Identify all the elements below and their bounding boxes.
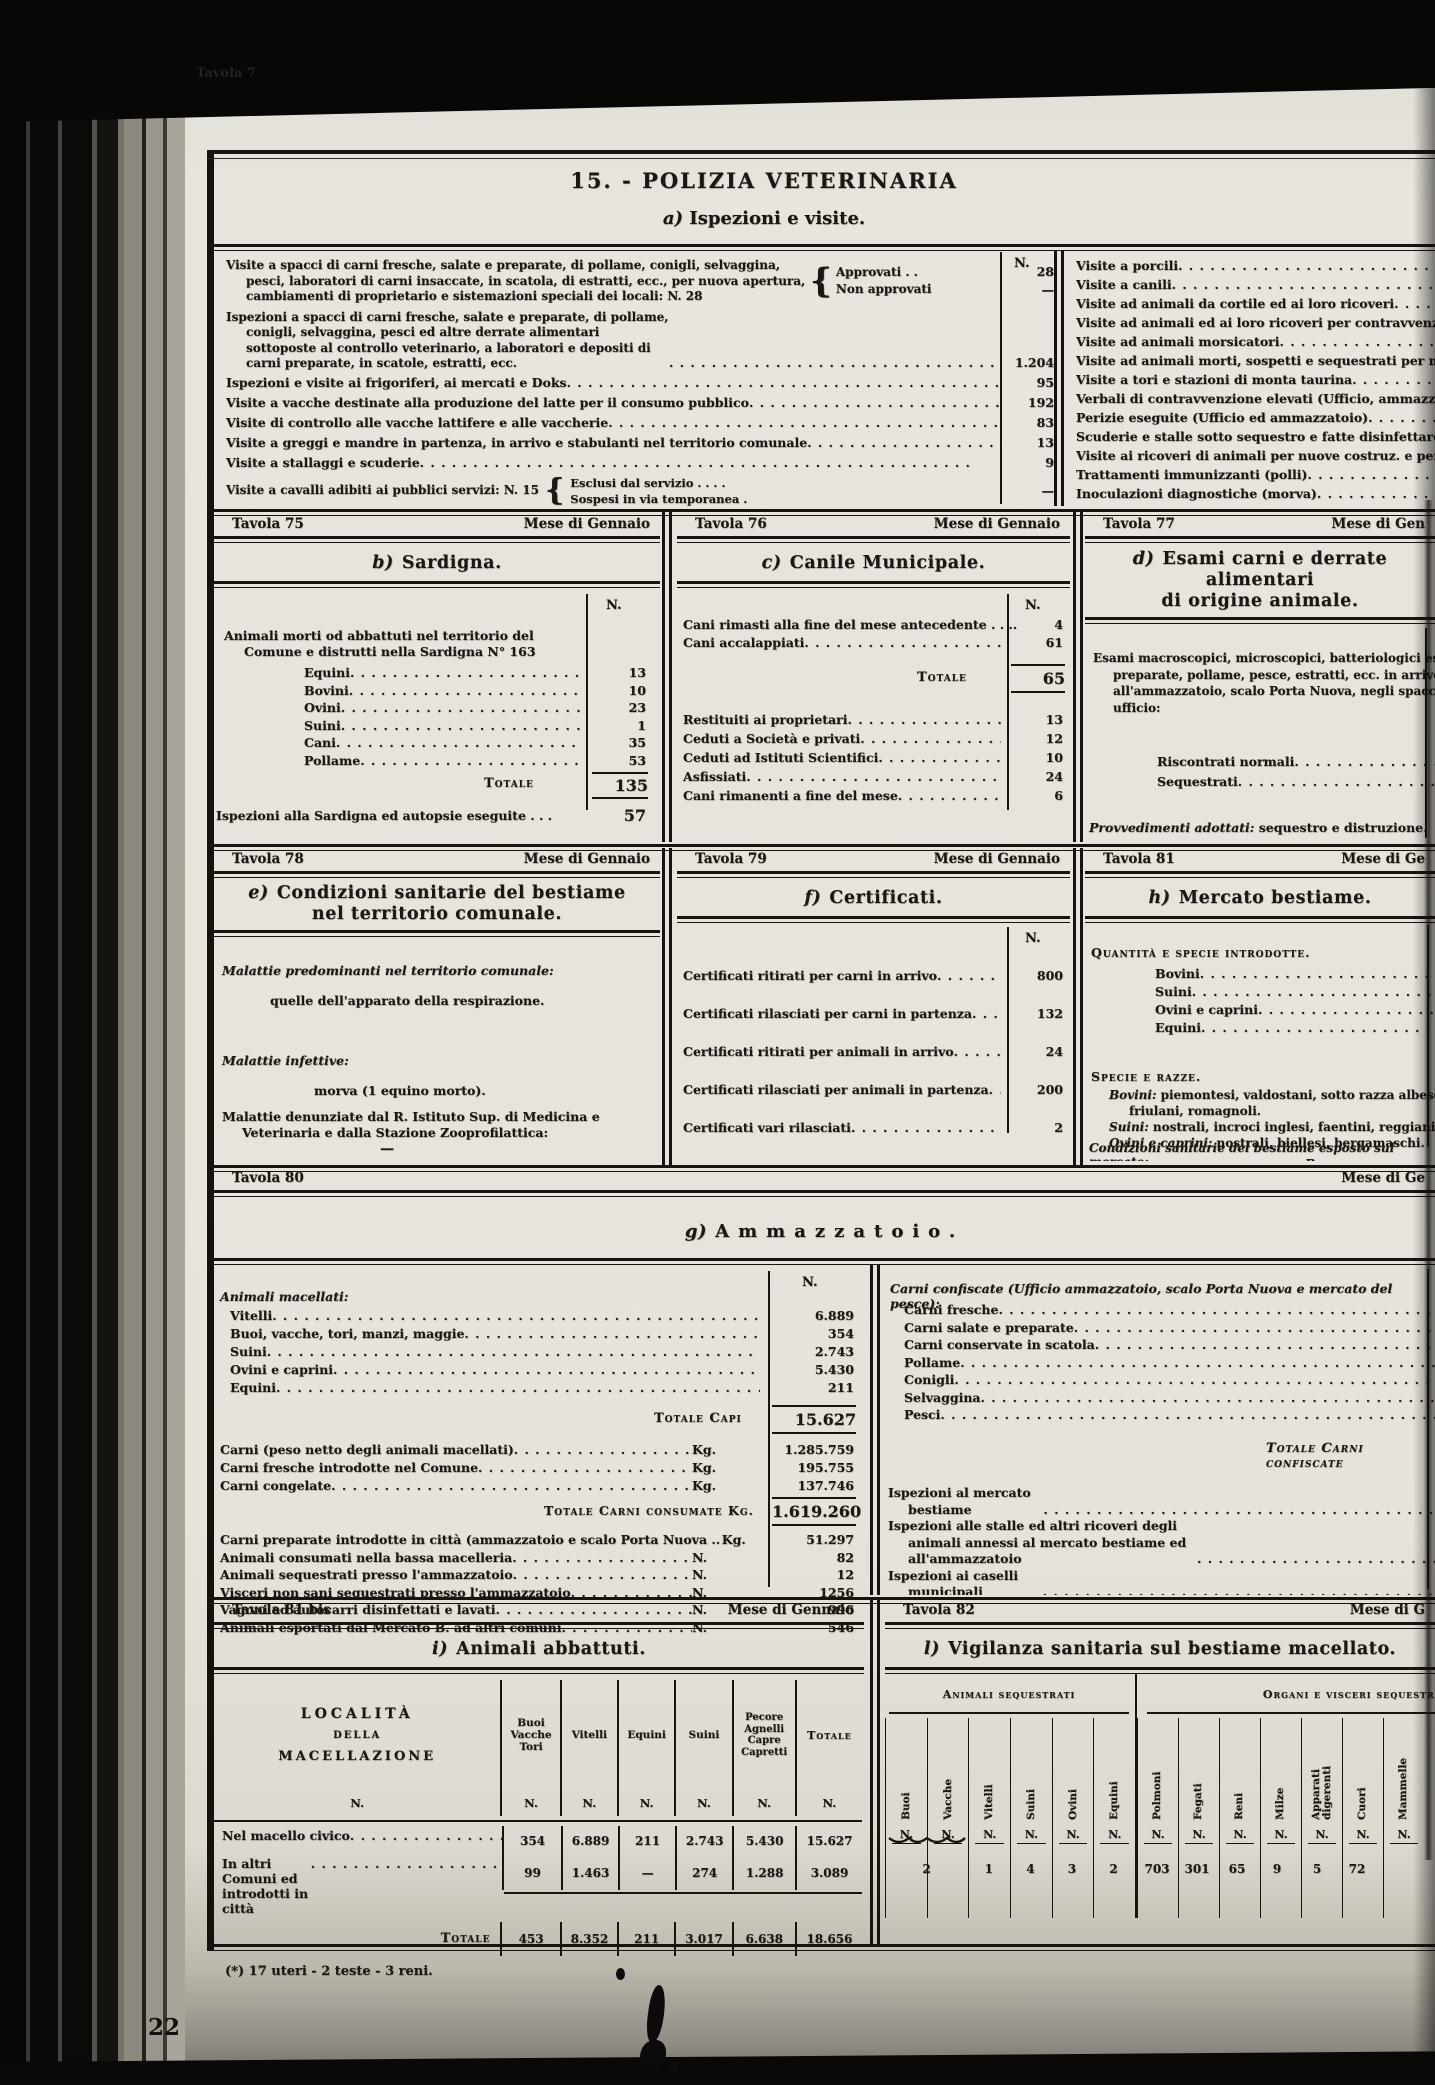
unit-cell: N. bbox=[500, 1790, 559, 1816]
inspection-item: Perizie eseguite (Ufficio ed ammazzatoio… bbox=[1076, 408, 1435, 427]
panel-rule bbox=[885, 1622, 1435, 1629]
mese-label: Mese di Gennaio bbox=[728, 1602, 854, 1618]
col-header: Buoi Vacche Tori bbox=[500, 1680, 559, 1790]
dot-leader bbox=[1043, 1502, 1435, 1519]
item-value: 1.204 bbox=[1002, 353, 1054, 372]
row-label: Suini bbox=[304, 717, 341, 735]
unit-cell: N. bbox=[795, 1790, 862, 1816]
localita-header: LOCALITÀ DELLA MACELLAZIONE bbox=[214, 1680, 500, 1790]
item-label: Visite a spacci di carni fresche, salate… bbox=[226, 258, 806, 305]
tavola-label: Tavola 81 bis bbox=[232, 1602, 331, 1618]
title-text: Ammazzatoio. bbox=[715, 1221, 964, 1242]
dot-leader bbox=[960, 1354, 1435, 1372]
header-underline bbox=[214, 1820, 862, 1822]
table-row: Asfissiati bbox=[683, 767, 1001, 786]
unit: N. bbox=[1144, 1828, 1172, 1844]
footer-label: Ispezioni alla Sardigna ed autopsie eseg… bbox=[216, 806, 552, 825]
table-row: Equini bbox=[304, 664, 582, 682]
unit: N. bbox=[1308, 1828, 1336, 1844]
group2-header: Organi e visceri sequestrati bbox=[1143, 1688, 1435, 1701]
title-line2: di origine animale. bbox=[1161, 591, 1358, 611]
row-unit: Kg. bbox=[692, 1459, 726, 1477]
localita-line1: LOCALITÀ bbox=[301, 1706, 414, 1722]
cell: 2.743 bbox=[675, 1826, 732, 1856]
confiscate-rows: Carni fresche Carni salate e preparate C… bbox=[904, 1301, 1435, 1424]
column: Reni N. bbox=[1219, 1718, 1260, 1918]
column-header-vertical: Reni bbox=[1234, 1724, 1245, 1820]
panel-title: g)Ammazzatoio. bbox=[214, 1221, 1435, 1242]
reported-diseases-label: Malattie denunziate dal R. Istituto Sup.… bbox=[222, 1109, 642, 1141]
table-row: Cani accalappiati bbox=[683, 634, 1001, 652]
dot-leader bbox=[1172, 275, 1435, 294]
tavola-81bis-panel: Tavola 81 bisMese di Gennaio i)Animali a… bbox=[214, 1602, 864, 1944]
totale-capi-label: Totale Capi bbox=[654, 1411, 742, 1426]
panel-rule bbox=[885, 1667, 1435, 1674]
column: Equini N. bbox=[1093, 1718, 1135, 1918]
scanned-ledger-page: 15. - POLIZIA VETERINARIA a) Ispezioni e… bbox=[0, 0, 1435, 2085]
value-span-buoi-vacche: 2 bbox=[885, 1862, 968, 1876]
reported-diseases-text: — bbox=[380, 1141, 394, 1157]
cell: 15.627 bbox=[795, 1826, 862, 1856]
value-column-rule bbox=[586, 594, 588, 810]
inspection-item: Verbali di contravvenzione elevati (Uffi… bbox=[1076, 389, 1435, 408]
item-value: — bbox=[1002, 481, 1054, 500]
dot-leader bbox=[878, 748, 1001, 767]
column-header-vertical: Vitelli bbox=[984, 1724, 995, 1820]
row-value: 13 bbox=[594, 664, 646, 682]
table-row: Ispezioni al mercato bestiame N. bbox=[888, 1485, 1435, 1518]
item-label: Ispezioni e visite ai frigoriferi, ai me… bbox=[226, 373, 567, 392]
dot-leader bbox=[331, 1477, 692, 1495]
organ-values-row: 703301659572 bbox=[1137, 1862, 1435, 1876]
row-label: Ovini bbox=[304, 699, 341, 717]
panel-body: Quantità e specie introdotte. Bovini Sui… bbox=[1085, 923, 1435, 1153]
row-label: Bovini bbox=[1155, 965, 1200, 983]
cell-value: 1.288 bbox=[746, 1866, 784, 1880]
row-label: Carni preparate introdotte in città (amm… bbox=[220, 1531, 716, 1549]
table-row: Suini bbox=[304, 717, 582, 735]
col-header-text: Vitelli bbox=[572, 1729, 607, 1741]
dot-leader bbox=[267, 1343, 760, 1361]
razza-breeds: nostrali, incroci inglesi, faentini, reg… bbox=[1153, 1120, 1435, 1134]
total-label: Totale bbox=[484, 776, 534, 791]
rowC-vsep-2 bbox=[1073, 848, 1083, 1168]
slaughter-left: N. Animali macellati: Vitelli Buoi, vacc… bbox=[214, 1265, 862, 1595]
unit-cell: N. bbox=[732, 1790, 795, 1816]
ink-smudge bbox=[616, 1968, 625, 1980]
item-label: Visite di controllo alle vacche lattifer… bbox=[226, 413, 608, 432]
table-row: Certificati ritirati per carni in arrivo bbox=[683, 957, 1001, 995]
panel-rule bbox=[677, 536, 1070, 543]
table-row: Sequestrati bbox=[1157, 772, 1435, 792]
page-number: 22 bbox=[148, 2014, 180, 2041]
certificate-rows: Certificati ritirati per carni in arrivo… bbox=[683, 957, 1001, 1147]
unit: N. bbox=[823, 1796, 837, 1810]
panel-title: f)Certificati. bbox=[677, 888, 1070, 908]
dot-leader bbox=[336, 734, 582, 752]
footnote: (*) 17 uteri - 2 teste - 3 reni. bbox=[225, 1964, 433, 1979]
inspection-item: Visite ai ricoveri di animali per nuove … bbox=[1076, 446, 1435, 465]
dot-leader bbox=[972, 995, 1001, 1033]
group1-header: Animali sequestrati bbox=[885, 1688, 1133, 1701]
ammazzatoio-body: N. Animali macellati: Vitelli Buoi, vacc… bbox=[214, 1265, 1435, 1595]
quantita-rows: Bovini Suini Ovini e caprini bbox=[1155, 965, 1435, 1037]
panel-title: b)Sardigna. bbox=[214, 553, 660, 573]
title-prefix: h) bbox=[1148, 888, 1170, 908]
brace-option-b: Sospesi in via temporanea . bbox=[570, 491, 747, 507]
footer-row: Ispezioni alla Sardigna ed autopsie eseg… bbox=[216, 806, 582, 825]
cell: 3.089 bbox=[795, 1856, 862, 1890]
row-value: 12 bbox=[1013, 729, 1063, 748]
table-row: Equini bbox=[230, 1379, 760, 1397]
row-value: 12 bbox=[772, 1566, 854, 1584]
dot-leader bbox=[851, 1109, 1001, 1147]
certificate-values: 800132242002 bbox=[1013, 957, 1063, 1147]
row-label: Asfissiati bbox=[683, 767, 746, 786]
inspection-item: Trattamenti immunizzanti (polli) bbox=[1076, 465, 1435, 484]
n-column-header: N. bbox=[1025, 598, 1041, 613]
column-header-vertical: Fegati bbox=[1193, 1724, 1204, 1820]
dot-leader bbox=[420, 453, 1002, 472]
row-label: Animali consumati nella bassa macelleria bbox=[220, 1549, 512, 1567]
n-column-header: N. bbox=[1025, 931, 1041, 946]
row-value: 51.297 bbox=[772, 1531, 854, 1549]
localita-line2: DELLA bbox=[333, 1730, 381, 1741]
value: 1 bbox=[968, 1862, 1010, 1876]
tavola-label: Tavola 79 bbox=[695, 851, 767, 867]
abbattuti-table: LOCALITÀ DELLA MACELLAZIONE Buoi Vacche … bbox=[214, 1674, 864, 1930]
value bbox=[1377, 1862, 1417, 1876]
row-label: Cani accalappiati bbox=[683, 634, 804, 652]
panel-rule bbox=[214, 1258, 1435, 1265]
panel-body: Esami macroscopici, microscopici, batter… bbox=[1085, 624, 1435, 838]
dot-leader bbox=[311, 1856, 502, 1871]
paper: 15. - POLIZIA VETERINARIA a) Ispezioni e… bbox=[185, 88, 1435, 2085]
row-value: 10 bbox=[594, 682, 646, 700]
column-header-vertical: Apparati digerenti bbox=[1311, 1724, 1333, 1820]
title-prefix: e) bbox=[248, 883, 269, 903]
row-value: 10 bbox=[1013, 748, 1063, 767]
item-label: Visite a greggi e mandre in partenza, in… bbox=[226, 433, 807, 452]
table-row: Suini bbox=[1155, 983, 1435, 1001]
table-row: Cani rimasti alla fine del mese antecede… bbox=[683, 616, 1001, 634]
column-header-vertical: Milze bbox=[1275, 1724, 1286, 1820]
table-row: Carni fresche bbox=[904, 1301, 1435, 1319]
row-value: 82 bbox=[772, 1549, 854, 1567]
cell: 5.430 bbox=[732, 1826, 795, 1856]
dot-leader bbox=[341, 717, 582, 735]
tavola-label: Tavola 75 bbox=[232, 516, 304, 532]
row-label: Carni fresche introdotte nel Comune bbox=[220, 1459, 478, 1477]
dogs-in-rows: Cani rimasti alla fine del mese antecede… bbox=[683, 616, 1001, 652]
footer-value: 57 bbox=[594, 806, 646, 825]
title-prefix: g) bbox=[685, 1221, 707, 1242]
table-row: Carni salate e preparate bbox=[904, 1319, 1435, 1337]
mid-rows: Ispezioni e visite ai frigoriferi, ai me… bbox=[226, 373, 1054, 472]
dot-leader bbox=[807, 433, 1002, 452]
quantita-label: Quantità e specie introdotte. bbox=[1091, 945, 1310, 960]
frame-top-rule bbox=[207, 150, 1435, 154]
panel-rule bbox=[214, 871, 660, 878]
dot-leader bbox=[749, 393, 1002, 412]
exam-rows: Riscontrati normali Sequestrati bbox=[1157, 752, 1435, 792]
frame-bottom-rule bbox=[207, 1944, 1435, 1951]
exams-paragraph: Esami macroscopici, microscopici, batter… bbox=[1093, 650, 1435, 716]
row-label: Ovini e caprini bbox=[230, 1361, 333, 1379]
table-row: Certificati ritirati per animali in arri… bbox=[683, 1033, 1001, 1071]
animal-columns: Buoi N. Vacche N. Vitelli N. bbox=[885, 1718, 1135, 1918]
row-label: Restituiti ai proprietari bbox=[683, 710, 847, 729]
table-row: Cani rimanenti a fine del mese bbox=[683, 786, 1001, 805]
totale-carni-label: Totale Carni consumate Kg. bbox=[544, 1503, 754, 1518]
infectious-diseases-text: morva (1 equino morto). bbox=[314, 1083, 486, 1098]
panel-rule bbox=[214, 1190, 1435, 1197]
condizioni-label: Condizioni sanitarie del bestiame espost… bbox=[1089, 1141, 1435, 1161]
panel-title: i)Animali abbattuti. bbox=[214, 1639, 864, 1659]
tavola-label: Tavola 82 bbox=[903, 1602, 975, 1618]
item-values: 28 — bbox=[1002, 263, 1054, 299]
row-label: Vitelli bbox=[230, 1307, 272, 1325]
row-value: 13 bbox=[1013, 710, 1063, 729]
unit: N. bbox=[1226, 1828, 1254, 1844]
value: 301 bbox=[1177, 1862, 1217, 1876]
note-label: Provvedimenti adottati: bbox=[1089, 820, 1254, 835]
cell-value: 5.430 bbox=[746, 1834, 784, 1848]
dot-leader bbox=[512, 1549, 692, 1567]
row-value: 24 bbox=[1013, 767, 1063, 786]
row-label: Carni fresche bbox=[904, 1301, 998, 1319]
row-label: Carni salate e preparate bbox=[904, 1319, 1074, 1337]
mese-label: Mese di Gen bbox=[1331, 516, 1425, 532]
row-label: Riscontrati normali bbox=[1157, 752, 1294, 772]
rowB-vsep-2 bbox=[1073, 512, 1083, 842]
dot-leader bbox=[998, 1301, 1435, 1319]
dot-leader bbox=[1238, 772, 1435, 792]
row-label: Carni (peso netto degli animali macellat… bbox=[220, 1441, 514, 1459]
row-value: 1 bbox=[594, 717, 646, 735]
value: 3 bbox=[1051, 1862, 1093, 1876]
title-line1: Esami carni e derrate alimentari bbox=[1163, 549, 1388, 590]
item-label: Visite a tori e stazioni di monta taurin… bbox=[1076, 370, 1352, 389]
tavola-76-panel: Tavola 76Mese di Gennaio c)Canile Munici… bbox=[677, 516, 1070, 838]
row-label: Certificati rilasciati per carni in part… bbox=[683, 995, 972, 1033]
column-header-vertical: Equini bbox=[1109, 1724, 1120, 1820]
table-row: Selvaggina bbox=[904, 1389, 1435, 1407]
value-non-approvati: — bbox=[1002, 281, 1054, 299]
table-row: Certificati rilasciati per animali in pa… bbox=[683, 1071, 1001, 1109]
previous-page-fragment: Tavola 7 bbox=[196, 66, 256, 81]
mese-label: Mese di Gennaio bbox=[524, 516, 650, 532]
column-header-vertical: Ovini bbox=[1068, 1724, 1079, 1820]
unit: N. bbox=[697, 1796, 711, 1810]
inspection-rows: Ispezioni al mercato bestiame N. Ispezio… bbox=[888, 1485, 1435, 1595]
column-header-vertical: Polmoni bbox=[1152, 1724, 1163, 1820]
dot-leader bbox=[360, 752, 582, 770]
table-row: Ovini bbox=[304, 699, 582, 717]
panel-title: e)Condizioni sanitarie del bestiame nel … bbox=[214, 883, 660, 925]
unit-cell: N. bbox=[617, 1790, 674, 1816]
row-label: Equini bbox=[304, 664, 350, 682]
dot-leader bbox=[669, 353, 1002, 372]
column: Milze N. bbox=[1260, 1718, 1301, 1918]
table-row: Ispezioni alle stalle ed altri ricoveri … bbox=[888, 1518, 1435, 1568]
table-row: Bovini bbox=[304, 682, 582, 700]
panel-rule bbox=[677, 871, 1070, 878]
inspection-item: Scuderie e stalle sotto sequestro e fatt… bbox=[1076, 427, 1435, 446]
item-value: 9 bbox=[1002, 453, 1054, 472]
inspection-item: Visite a porcili bbox=[1076, 256, 1435, 275]
table-row: Restituiti ai proprietari bbox=[683, 710, 1001, 729]
item-label: Inoculazioni diagnostiche (morva) bbox=[1076, 484, 1317, 503]
section-a-vsep bbox=[1054, 250, 1064, 506]
col-header: Equini bbox=[617, 1680, 674, 1790]
mese-label: Mese di Gennaio bbox=[524, 851, 650, 867]
inspection-item: Visite a canili bbox=[1076, 275, 1435, 294]
row-label: Ispezioni alle stalle ed altri ricoveri … bbox=[888, 1518, 1197, 1568]
column: Cuori N. bbox=[1342, 1718, 1383, 1918]
row-label: Animali sequestrati presso l'ammazzatoio bbox=[220, 1566, 513, 1584]
dot-leader bbox=[514, 1441, 692, 1459]
row-value: 354 bbox=[774, 1325, 854, 1343]
table-row: Carni fresche introdotte nel Comune Kg. bbox=[220, 1459, 726, 1477]
col-header: Suini bbox=[674, 1680, 731, 1790]
row-label: Selvaggina bbox=[904, 1389, 981, 1407]
row-label: Carni congelate bbox=[220, 1477, 331, 1495]
page-subtitle: a) Ispezioni e visite. bbox=[414, 208, 1114, 229]
rowC-top-rule bbox=[207, 844, 1435, 851]
row-label: Cani rimanenti a fine del mese bbox=[683, 786, 898, 805]
row-label: Carni conservate in scatola bbox=[904, 1336, 1095, 1354]
row-label: Sequestrati bbox=[1157, 772, 1238, 792]
table-row: Pollame bbox=[304, 752, 582, 770]
dot-leader bbox=[1201, 1019, 1435, 1037]
title-line1: Condizioni sanitarie del bestiame bbox=[277, 883, 626, 903]
ammazzatoio-vsep bbox=[870, 1265, 880, 1595]
dot-leader bbox=[478, 1459, 692, 1477]
panel-rule bbox=[677, 581, 1070, 588]
row-label: Bovini bbox=[304, 682, 349, 700]
cell-value: 211 bbox=[635, 1834, 660, 1848]
razza-species: Bovini: bbox=[1109, 1088, 1156, 1102]
macellati-rows: Vitelli Buoi, vacche, tori, manzi, maggi… bbox=[230, 1307, 760, 1397]
row-label: Pollame bbox=[304, 752, 360, 770]
panel-title: l)Vigilanza sanitaria sul bestiame macel… bbox=[885, 1639, 1435, 1659]
item-label: Scuderie e stalle sotto sequestro e fatt… bbox=[1076, 427, 1435, 446]
row-label-wrap: Nel macello civico bbox=[214, 1826, 502, 1856]
title-prefix: l) bbox=[924, 1639, 940, 1659]
section-a: 15. - POLIZIA VETERINARIA a) Ispezioni e… bbox=[214, 160, 1435, 508]
inspection-item: Visite a spacci di carni fresche, salate… bbox=[226, 258, 1054, 305]
unit-cell: N. bbox=[674, 1790, 731, 1816]
unit: N. bbox=[975, 1828, 1003, 1844]
column: Vacche N. bbox=[927, 1718, 969, 1918]
tavola-label: Tavola 80 bbox=[232, 1170, 304, 1186]
item-label: Visite a vacche destinate alla produzion… bbox=[226, 393, 749, 412]
inspection-item: Visite a stallaggi e scuderie 9 bbox=[226, 453, 1054, 472]
col-header-text: Equini bbox=[627, 1729, 666, 1741]
row-label: In altri Comuni ed introdotti in città bbox=[222, 1856, 311, 1916]
dot-leader bbox=[350, 664, 582, 682]
totale-confiscate-label: Totale Carni confiscate bbox=[1266, 1441, 1435, 1471]
row-value: 53 bbox=[594, 752, 646, 770]
column: Fegati N. bbox=[1178, 1718, 1219, 1918]
table-row: Ovini e caprini bbox=[1155, 1001, 1435, 1019]
row-label: Equini bbox=[230, 1379, 276, 1397]
tavola-75-panel: Tavola 75Mese di Gennaio b)Sardigna. N. … bbox=[214, 516, 660, 838]
item-label: Visite a cavalli adibiti ai pubblici ser… bbox=[226, 481, 539, 500]
brace-options: Esclusi dal servizio . . . . Sospesi in … bbox=[570, 475, 747, 507]
col-header: Vitelli bbox=[560, 1680, 617, 1790]
panel-rule bbox=[1085, 617, 1435, 624]
panel-body: Malattie predominanti nel territorio com… bbox=[214, 937, 660, 1143]
unit: N. bbox=[1017, 1828, 1045, 1844]
item-label: Visite ad animali da cortile ed ai loro … bbox=[1076, 294, 1394, 313]
section-a-left-list: Visite a spacci di carni fresche, salate… bbox=[226, 258, 1054, 507]
col-header-text: Pecore Agnelli Capre Capretti bbox=[734, 1712, 795, 1758]
unit: N. bbox=[1100, 1828, 1128, 1844]
row-label: Equini bbox=[1155, 1019, 1201, 1037]
predominant-diseases-text: quelle dell'apparato della respirazione. bbox=[270, 993, 544, 1008]
table-row: Animali consumati nella bassa macelleria… bbox=[220, 1549, 726, 1567]
value: 703 bbox=[1137, 1862, 1177, 1876]
dogs-out-rows: Restituiti ai proprietari Ceduti a Socie… bbox=[683, 710, 1001, 805]
item-label: Visite ad animali morti, sospetti e sequ… bbox=[1076, 351, 1435, 370]
tavola-79-panel: Tavola 79Mese di Gennaio f)Certificati. … bbox=[677, 851, 1070, 1161]
frame-left-border bbox=[207, 150, 214, 1950]
brace-glyph: { bbox=[810, 272, 832, 291]
total-overline bbox=[504, 1892, 862, 1894]
panel-body: N. Certificati ritirati per carni in arr… bbox=[677, 923, 1070, 1139]
item-label: Trattamenti immunizzanti (polli) bbox=[1076, 465, 1307, 484]
title-text: Vigilanza sanitaria sul bestiame macella… bbox=[948, 1639, 1396, 1659]
dot-leader bbox=[349, 682, 582, 700]
dot-leader bbox=[954, 1371, 1435, 1389]
animali-macellati-label: Animali macellati: bbox=[220, 1289, 348, 1304]
tavola-label: Tavola 77 bbox=[1103, 516, 1175, 532]
n-column-header: N. bbox=[606, 598, 622, 613]
table-row: Ispezioni ai caselli municipali N. bbox=[888, 1568, 1435, 1596]
dot-leader bbox=[989, 1071, 1001, 1109]
page-curl-streak bbox=[1424, 500, 1433, 1860]
row-value: 5.430 bbox=[774, 1361, 854, 1379]
value-column-rule bbox=[768, 1271, 770, 1587]
cell-value: 15.627 bbox=[807, 1834, 853, 1848]
brace-options: Approvati . . Non approvati bbox=[836, 264, 932, 298]
row-label: Nel macello civico bbox=[222, 1826, 350, 1845]
cell-value: 354 bbox=[520, 1834, 545, 1848]
razza-item: Bovini: piemontesi, valdostani, sotto ra… bbox=[1109, 1087, 1435, 1119]
item-label: Visite ai ricoveri di animali per nuove … bbox=[1076, 446, 1435, 465]
column-header-vertical: Buoi bbox=[901, 1724, 912, 1820]
total-value: 65 bbox=[1011, 664, 1065, 693]
dot-leader bbox=[608, 413, 1002, 432]
row-label: Ispezioni ai caselli municipali bbox=[888, 1568, 1043, 1596]
macellati-values: 6.8893542.7435.430211 bbox=[774, 1307, 854, 1397]
inspection-item: Ispezioni a spacci di carni fresche, sal… bbox=[226, 310, 1054, 372]
dot-leader bbox=[804, 634, 1001, 652]
value: 65 bbox=[1217, 1862, 1257, 1876]
predominant-diseases-label: Malattie predominanti nel territorio com… bbox=[222, 963, 554, 978]
col-header-text: Buoi Vacche Tori bbox=[502, 1717, 559, 1753]
unit-cell: N. bbox=[560, 1790, 617, 1816]
title-prefix: f) bbox=[804, 888, 821, 908]
row-label: Cani rimasti alla fine del mese antecede… bbox=[683, 616, 1013, 634]
inspection-item: Visite ad animali morsicatori bbox=[1076, 332, 1435, 351]
animal-values-row: 2 1 4 3 2 bbox=[885, 1862, 1135, 1876]
ink-smudge bbox=[600, 2066, 607, 2075]
table-row: Cani bbox=[304, 734, 582, 752]
row-value: 6.889 bbox=[774, 1307, 854, 1325]
